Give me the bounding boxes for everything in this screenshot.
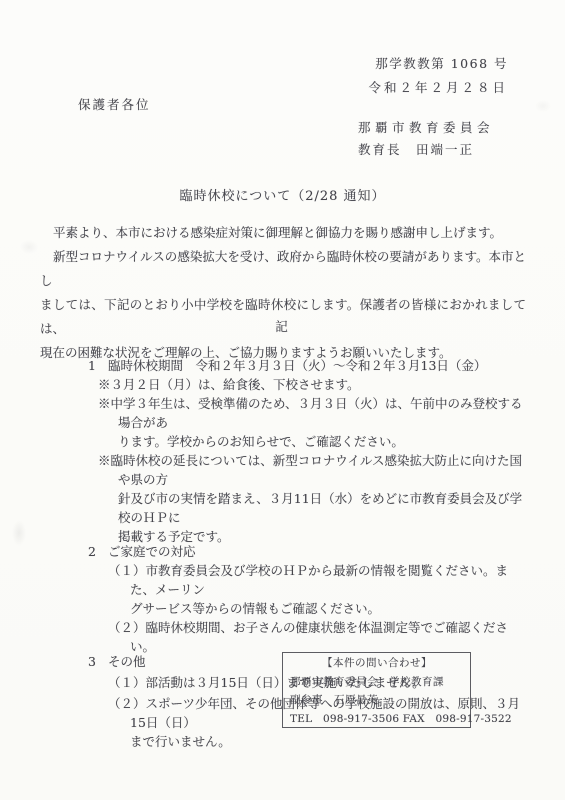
section-note: ※臨時休校の延長については、新型コロナウイルス感染拡大防止に向けた国や県の方 針…: [40, 451, 526, 546]
scanned-notice-page: 那学教教第 1068 号 令和２年２月２８日 保護者各位 那覇市教育委員会 教育…: [0, 0, 565, 800]
scan-artifact: [12, 520, 26, 546]
section-number: 1: [88, 356, 108, 375]
body-paragraph: 平素より、本市における感染症対策に御理解と御協力を賜り感謝申し上げます。: [40, 221, 526, 245]
record-marker: 記: [0, 317, 565, 335]
contact-box: 【本件の問い合わせ】 那覇市教育委員会 学校教育課 副参事 石原昌英 TEL 0…: [282, 652, 471, 728]
section-heading-text: 臨時休校期間 令和２年３月３日（火）～令和２年３月13日（金）: [108, 358, 486, 373]
recipient-line: 保護者各位: [78, 95, 151, 113]
contact-organization: 那覇市教育委員会 学校教育課: [290, 673, 464, 692]
scan-artifact: [20, 240, 38, 254]
scan-artifact: [535, 100, 551, 112]
document-date: 令和２年２月２８日: [368, 78, 508, 96]
document-number: 那学教教第 1068 号: [375, 54, 508, 72]
section-note: ※３月２日（月）は、給食後、下校させます。: [40, 375, 526, 394]
section-item: （２）臨時休校期間、お子さんの健康状態を体温測定等でご確認ください。: [40, 618, 526, 656]
section-heading-text: ご家庭での対応: [108, 544, 196, 559]
section-heading-text: その他: [108, 654, 146, 669]
sender-organization: 那覇市教育委員会: [358, 118, 494, 136]
contact-tel-fax: TEL 098-917-3506 FAX 098-917-3522: [290, 710, 464, 729]
section-heading: 2ご家庭での対応: [40, 542, 526, 561]
section-note: ※中学３年生は、受検準備のため、３月３日（火）は、午前中のみ登校する場合があ り…: [40, 394, 526, 451]
contact-person: 副参事 石原昌英: [290, 691, 464, 710]
document-title: 臨時休校について（2/28 通知）: [0, 185, 565, 204]
section-item: （１）市教育委員会及び学校のＨＰから最新の情報を閲覧ください。また、メーリン グ…: [40, 561, 526, 618]
section-number: 3: [88, 652, 108, 671]
section-heading: 1臨時休校期間 令和２年３月３日（火）～令和２年３月13日（金）: [40, 356, 526, 375]
sender-person: 教育長 田端一正: [358, 140, 474, 158]
section-number: 2: [88, 542, 108, 561]
body-paragraphs: 平素より、本市における感染症対策に御理解と御協力を賜り感謝申し上げます。 新型コ…: [40, 221, 526, 365]
body-paragraph: 新型コロナウイルスの感染拡大を受け、政府から臨時休校の要請があります。本市とし …: [40, 245, 526, 365]
contact-box-title: 【本件の問い合わせ】: [290, 654, 464, 673]
